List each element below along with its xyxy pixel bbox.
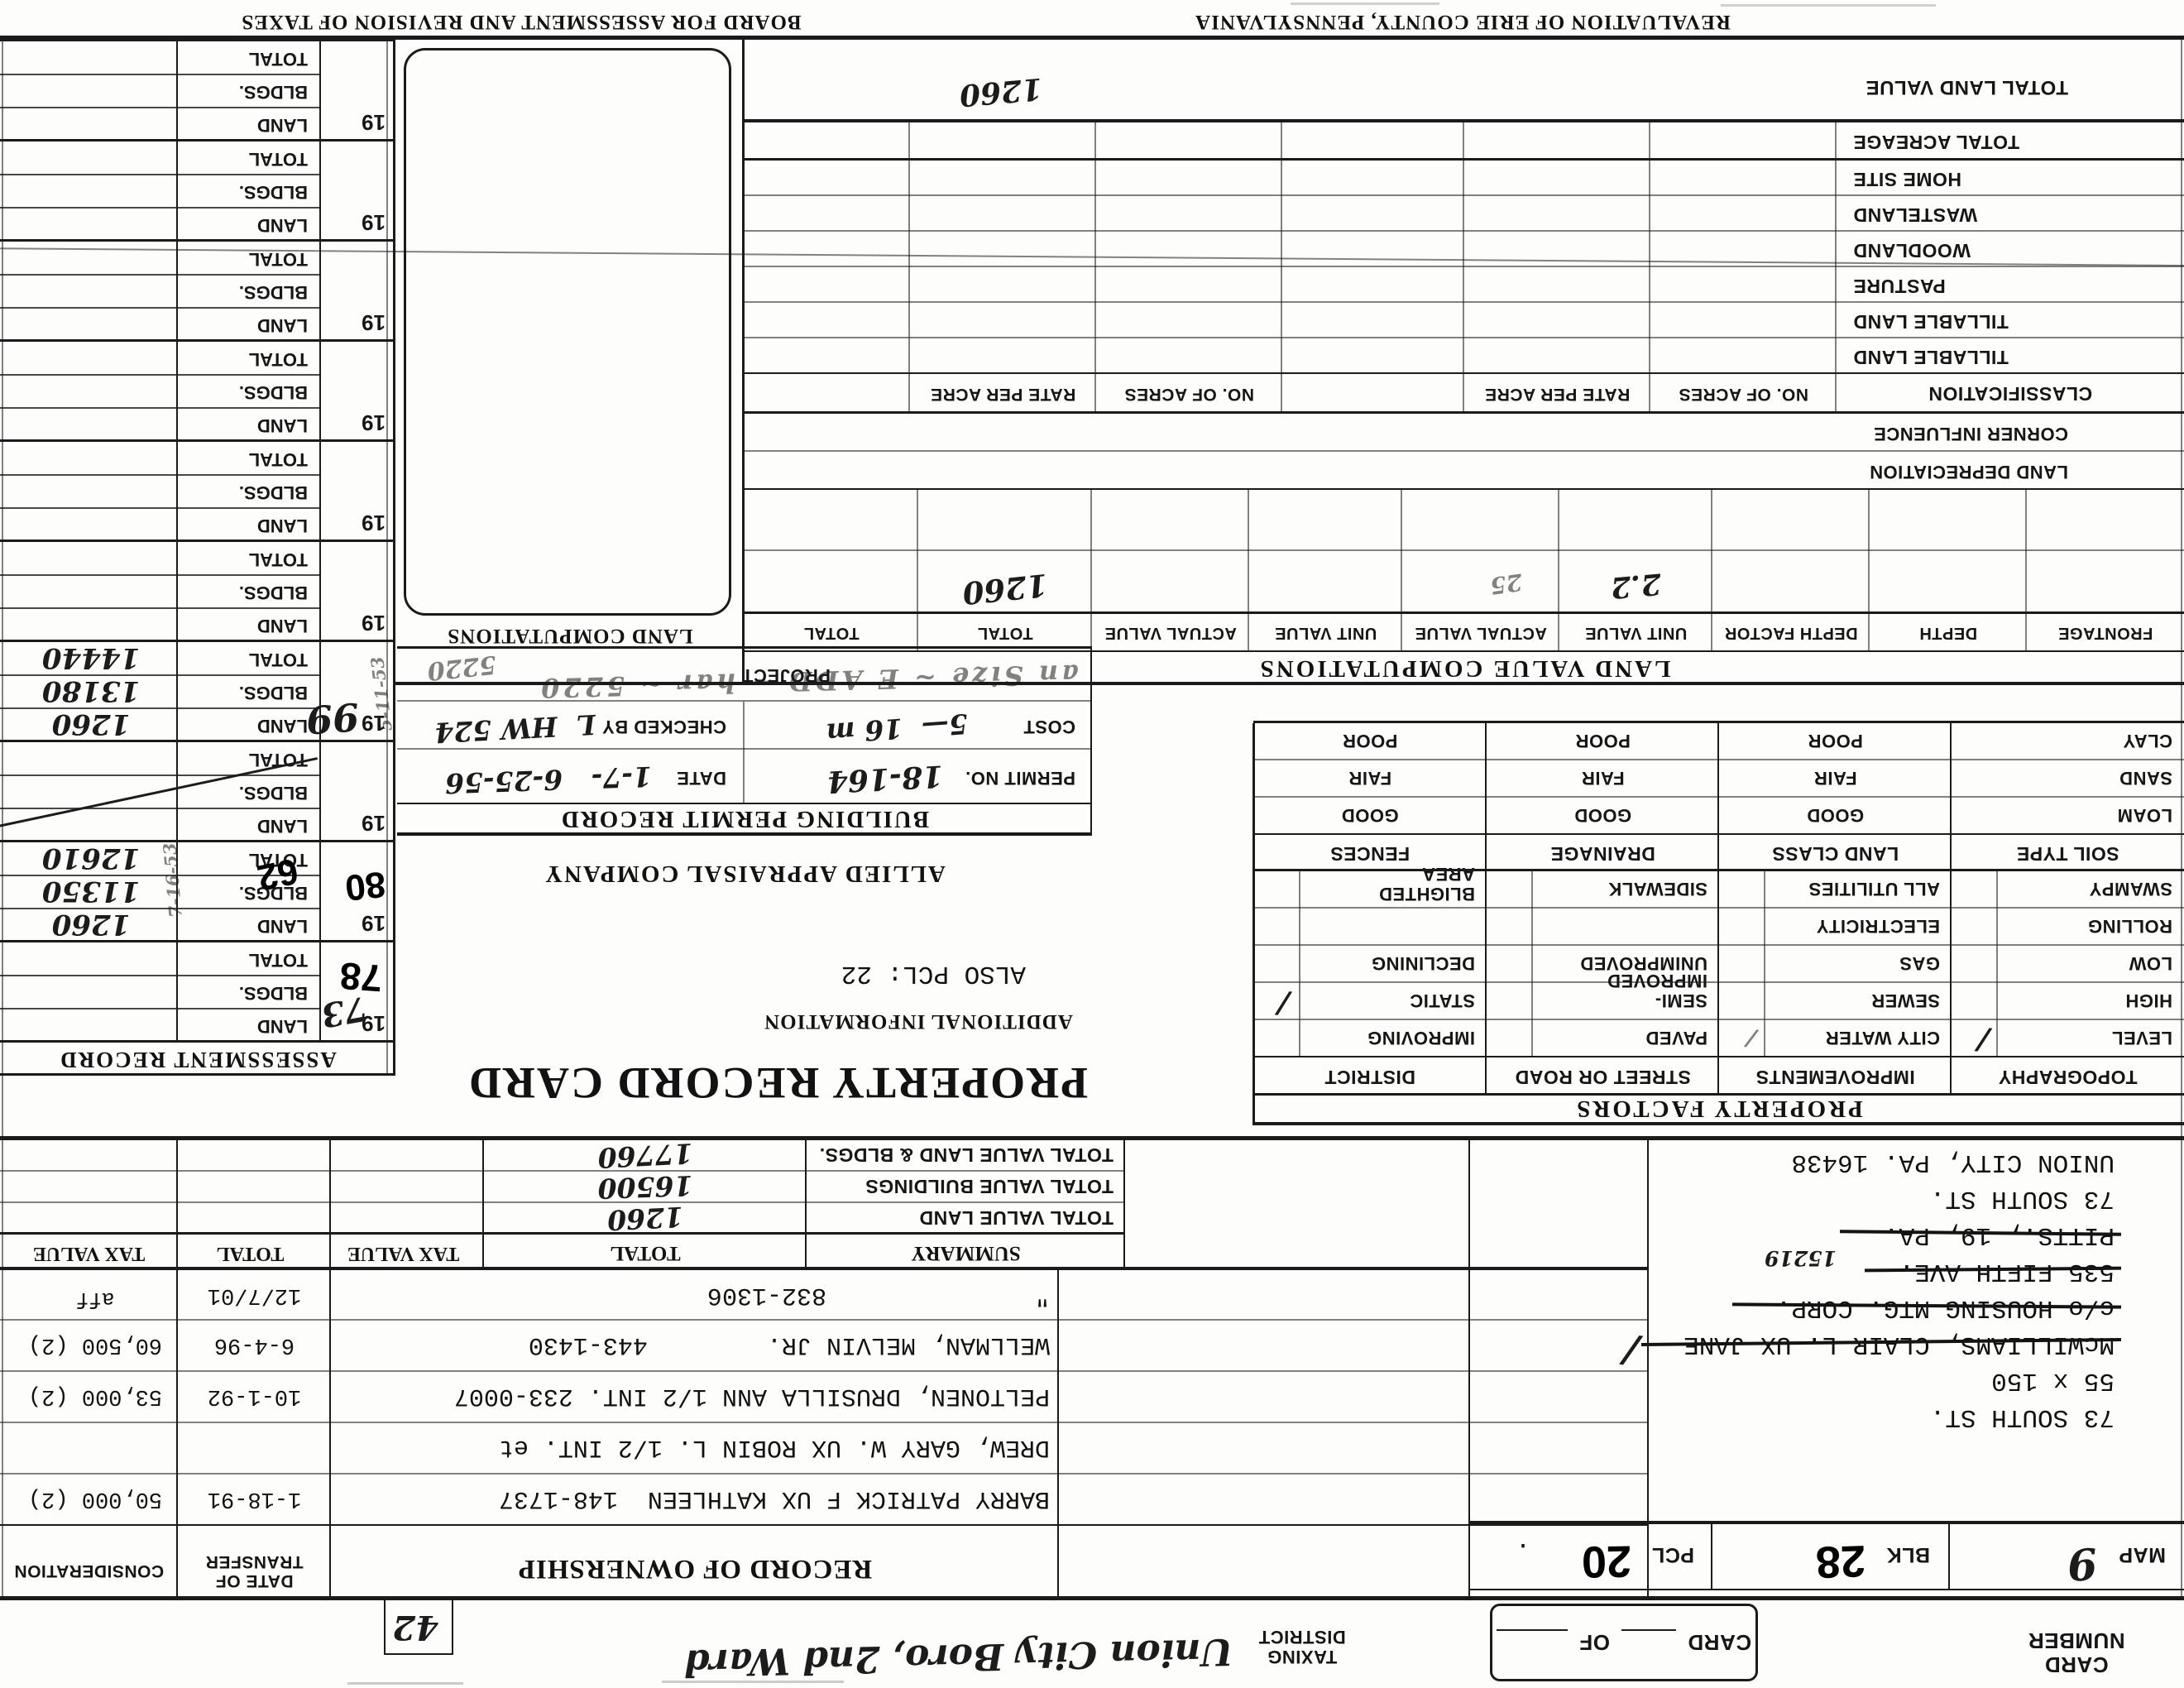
assess-total-label: TOTAL: [184, 743, 308, 776]
assess-total-value-handwritten: 14440: [8, 641, 174, 674]
divider: [2, 36, 3, 1600]
pf-header-land-class: LAND CLASS: [1719, 843, 1952, 864]
pf-cell: SIDEWALK: [1608, 879, 1707, 899]
lvc-header: DEPTH: [1870, 624, 2027, 642]
divider: [397, 748, 1092, 750]
ownership-title: RECORD OF OWNERSHIP: [331, 1553, 1059, 1584]
zip-handwritten: 15219: [1765, 1246, 1837, 1270]
divider: [745, 411, 2184, 414]
footer-revaluation: REVALUATION OF ERIE COUNTY, PENNSYLVANIA: [1173, 10, 1752, 33]
divider: [347, 1682, 463, 1685]
pcl-value-stamp: 20: [1581, 1535, 1631, 1587]
divider: [1485, 723, 1487, 1096]
pf-check-static: ∕: [1276, 986, 1291, 1022]
blk-value-stamp: 28: [1815, 1535, 1866, 1588]
additional-information-title: ADDITIONAL INFORMATION: [670, 1009, 1166, 1033]
pf-cell: CLAY: [2123, 731, 2172, 750]
address-line-3: 73 SOUTH ST.: [1930, 1183, 2115, 1213]
address-line-4: UNION CITY, PA. 16438: [1791, 1147, 2115, 1177]
divider: [0, 174, 321, 175]
pf-cell: PAVED: [1645, 1028, 1707, 1048]
assess-total-label: TOTAL: [184, 543, 308, 576]
divider: [0, 1170, 1125, 1172]
pf-check-city-water: ∕: [1745, 1024, 1758, 1053]
pf-cell: CITY WATER: [1825, 1028, 1940, 1048]
building-permit-title: BUILDING PERMIT RECORD: [397, 805, 1092, 832]
assess-bldgs-label: BLDGS.: [184, 676, 308, 709]
divider: [397, 832, 1092, 836]
map-value-handwritten: 9: [2066, 1537, 2099, 1590]
summary-title: SUMMARY: [807, 1241, 1125, 1264]
no-of-acres-header: NO. OF ACRES: [1650, 385, 1837, 404]
land-computations-scribble: 5220: [426, 650, 498, 686]
assessment-group: 19 LAND BLDGS. TOTAL: [0, 39, 395, 141]
pf-header-district: DISTRICT: [1253, 1067, 1487, 1087]
farm-row-label: TILLABLE LAND: [1853, 347, 2184, 367]
divider: [386, 40, 388, 1076]
divider: [1057, 1269, 1059, 1600]
divider: [1764, 871, 1765, 1057]
farm-row-label: TILLABLE LAND: [1853, 311, 2184, 332]
classification-header: CLASSIFICATION: [1837, 383, 2184, 404]
pf-header-drainage: DRAINAGE: [1487, 843, 1719, 864]
permit-cost-value-handwritten: 5— 16 m: [826, 707, 970, 750]
pf-cell: SWAMPY: [2089, 879, 2172, 899]
year-label: 19: [362, 209, 386, 235]
divider: [1401, 490, 1402, 652]
owner-row-name: DREW, GARY W. UX ROBIN L. 1/2 INT. et: [499, 1433, 1050, 1462]
total-land-value-label: TOTAL LAND VALUE: [1865, 76, 2068, 98]
permit-no-value-handwritten: 18-164: [826, 758, 944, 798]
divider: [1647, 1137, 1649, 1600]
assess-bldgs-label: BLDGS.: [184, 175, 308, 209]
pf-header-improvements: IMPROVEMENTS: [1719, 1067, 1952, 1087]
divider: [0, 1008, 321, 1009]
year-stamp: 78: [338, 953, 384, 1000]
divider: [745, 301, 2184, 303]
checked-by-label: CHECKED BY: [602, 717, 726, 736]
year-label: 19: [362, 510, 386, 535]
assess-total-label: TOTAL: [184, 142, 308, 175]
assessment-group: 19 LAND BLDGS. TOTAL: [0, 339, 395, 442]
divider: [482, 1138, 484, 1270]
divider: [1252, 723, 1255, 1125]
assess-land-label: LAND: [184, 1009, 308, 1043]
corner-number-value: 42: [392, 1608, 438, 1647]
divider: [0, 1201, 1125, 1203]
lvc-header: ACTUAL VALUE: [1402, 624, 1559, 642]
assess-land-label: LAND: [184, 609, 308, 642]
checked-by-value-handwritten: L HW 524: [433, 708, 596, 749]
taxing-line1: TAXING: [1267, 1647, 1337, 1667]
divider: [0, 1422, 1649, 1423]
date-col-line2: TRANSFER: [205, 1552, 303, 1571]
year-label: 19: [362, 309, 386, 335]
land-value-computations-title: LAND VALUE COMPUTATIONS: [1051, 655, 1878, 682]
card-number-line1: CARD: [2044, 1652, 2108, 1677]
divider: [745, 450, 2184, 452]
divider: [0, 374, 321, 376]
project-value-handwritten: an Size ~ E ADD ~ har ~ 5220: [538, 658, 1080, 703]
pf-header-soil-type: SOIL TYPE: [1952, 843, 2184, 864]
assessment-group: 19 LAND BLDGS. TOTAL: [0, 239, 395, 342]
summary-total-header: TOTAL: [484, 1241, 807, 1264]
divider: [745, 611, 2184, 614]
assessment-group: 19 LAND BLDGS. TOTAL 80 62 1260 11350 12…: [0, 840, 395, 942]
divider: [176, 1137, 178, 1600]
divider: [917, 490, 918, 652]
pf-cell: GOOD: [1253, 805, 1487, 825]
property-record-card: CARD NUMBER CARD OF TAXING DISTRICT Unio…: [0, 0, 2184, 1688]
farm-row-label: TOTAL ACREAGE: [1853, 132, 2184, 152]
divider: [1291, 2, 1439, 5]
divider: [1299, 871, 1300, 1057]
assess-land-value-handwritten: 1260: [8, 908, 174, 941]
pf-header-topography: TOPOGRAPHY: [1952, 1067, 2184, 1087]
year-handwritten: 99: [304, 694, 361, 742]
lvc-header: UNIT VALUE: [1559, 624, 1712, 642]
no-of-acres-header: NO. OF ACRES: [1096, 385, 1282, 404]
divider: [0, 407, 321, 409]
pf-cell: ROLLING: [2088, 916, 2173, 936]
assess-bldgs-value-handwritten: 11350: [8, 875, 174, 908]
pcl-label: PCL: [1652, 1543, 1695, 1566]
divider: [0, 1040, 395, 1043]
land-computations-title: LAND COMPUTATIONS: [395, 624, 745, 647]
pf-cell: FAIR: [1719, 768, 1952, 788]
divider: [1090, 649, 1092, 836]
owner-row-name: WELLMAN, MELVIN JR. 443-1430: [529, 1331, 1050, 1360]
divider: [745, 549, 2184, 551]
divider: [0, 274, 321, 276]
assessment-group: 19 99 LAND BLDGS. TOTAL 1260 13180 14440: [0, 640, 395, 742]
divider: [1649, 122, 1650, 414]
assess-total-label: TOTAL: [184, 643, 308, 676]
total-land-value-handwritten: 1260: [958, 71, 1043, 113]
divider: [0, 74, 321, 75]
owner-row-consideration: 50,000 (2): [4, 1485, 186, 1511]
divider: [0, 1596, 2184, 1600]
divider: [745, 372, 2184, 374]
summary-taxvalue-header: TAX VALUE: [323, 1242, 484, 1264]
owner-row-name: PELTONEN, DRUSILLA ANN 1/2 INT. 233-0007: [454, 1382, 1050, 1411]
year-label: 19: [362, 109, 386, 135]
owner-row-name: " 832-1306: [707, 1281, 1050, 1310]
pf-cell: ALL UTILITIES: [1808, 879, 1940, 899]
address-line-1: 73 SOUTH ST.: [1930, 1402, 2115, 1431]
divider: [0, 507, 321, 509]
pf-cell: UNIMPROVED: [1580, 953, 1707, 973]
assess-land-label: LAND: [184, 809, 308, 842]
divider: [1094, 122, 1096, 414]
card-of-of-label: OF: [1579, 1631, 1610, 1655]
pf-cell: HIGH: [2125, 990, 2172, 1010]
divider: [0, 1473, 1649, 1475]
divider: [1531, 871, 1533, 1057]
assessment-group: 19 LAND BLDGS. TOTAL 73 78: [0, 940, 395, 1043]
owner-row-date: 10-1-92: [178, 1383, 331, 1408]
map-label: MAP: [2119, 1543, 2166, 1566]
divider: [805, 1138, 807, 1270]
assess-total-label: TOTAL: [184, 343, 308, 376]
pf-cell: SEWER: [1871, 990, 1940, 1010]
divider: [745, 650, 2184, 652]
card-number-line2: NUMBER: [2028, 1628, 2124, 1653]
divider: [329, 1137, 331, 1600]
divider: [319, 41, 321, 1043]
assessment-record-title: ASSESSMENT RECORD: [0, 1047, 395, 1072]
pf-cell: GAS: [1899, 953, 1940, 973]
pf-cell: GOOD: [1487, 805, 1719, 825]
pf-cell: GOOD: [1719, 805, 1952, 825]
permit-date-label: DATE: [677, 768, 726, 788]
pcl-period: .: [1516, 1536, 1530, 1565]
owner-row-date: 1-18-91: [178, 1485, 331, 1511]
pf-cell: POOR: [1253, 731, 1487, 750]
divider: [1950, 723, 1952, 1096]
year-label: 19: [362, 910, 386, 936]
pf-cell: SAND: [2119, 768, 2172, 788]
divider: [0, 1267, 1649, 1270]
assess-land-label: LAND: [184, 108, 308, 141]
farm-row-label: PASTURE: [1853, 276, 2184, 296]
lvc-total-handwritten: 1260: [917, 562, 1093, 616]
assess-total-label: TOTAL: [184, 443, 308, 476]
divider: [0, 808, 321, 809]
divider: [745, 230, 2184, 232]
divider: [0, 1073, 395, 1076]
divider: [0, 607, 321, 609]
divider: [1996, 871, 1998, 1057]
pf-cell: POOR: [1487, 731, 1719, 750]
year-label: 19: [362, 810, 386, 836]
also-pcl-note: ALSO PCL: 22: [841, 958, 1026, 988]
date-col-line1: DATE OF: [215, 1571, 293, 1590]
divider: [1281, 122, 1282, 414]
divider: [745, 119, 2184, 122]
farm-row-label: WASTELAND: [1853, 204, 2184, 225]
assess-land-label: LAND: [184, 909, 308, 942]
divider: [1868, 490, 1870, 652]
divider: [743, 702, 745, 804]
divider: [745, 337, 2184, 338]
pf-cell: LOW: [2129, 953, 2172, 973]
pf-cell: IMPROVING: [1367, 1028, 1475, 1048]
pf-header-fences: FENCES: [1253, 843, 1487, 864]
owner-row-date: 6-4-96: [178, 1331, 331, 1357]
assess-land-label: LAND: [184, 309, 308, 342]
pf-cell: FAIR: [1253, 768, 1487, 788]
card-of-card-label: CARD: [1688, 1631, 1751, 1655]
divider: [1253, 1122, 2184, 1125]
divider: [1711, 1521, 1712, 1590]
divider: [0, 574, 321, 576]
card-of-box: CARD OF: [1490, 1604, 1758, 1681]
assess-bldgs-label: BLDGS.: [184, 276, 308, 309]
rate-per-acre-header: RATE PER ACRE: [910, 385, 1096, 404]
divider: [0, 1370, 1649, 1372]
permit-no-label: PERMIT NO.: [965, 768, 1075, 788]
summary-taxvalue2-header: TAX VALUE: [0, 1242, 178, 1264]
card-of-blank-1: [1621, 1629, 1676, 1656]
land-computations-box: [404, 48, 731, 616]
year-label: 19: [362, 410, 386, 435]
divider: [176, 41, 178, 1043]
assessment-group: 19 LAND BLDGS. TOTAL: [0, 139, 395, 242]
page-title: PROPERTY RECORD CARD: [405, 1057, 1150, 1109]
pf-cell: FAIR: [1487, 768, 1719, 788]
divider: [0, 975, 321, 976]
divider: [2181, 36, 2182, 1600]
appraisal-company: ALLIED APPRAISAL COMPANY: [397, 860, 1092, 887]
divider: [0, 1319, 1649, 1321]
divider: [745, 158, 2184, 161]
divider: [0, 107, 321, 108]
date-of-transfer-header: DATE OF TRANSFER: [178, 1552, 331, 1590]
handwritten-check-mark: ∕: [1621, 1328, 1641, 1374]
land-depreciation-label: LAND DEPRECIATION: [1870, 462, 2068, 482]
card-number-label: CARD NUMBER: [2010, 1629, 2143, 1676]
footer-board: BOARD FOR ASSESSMENT AND REVISION OF TAX…: [182, 10, 860, 33]
assessment-group: 19 LAND BLDGS. TOTAL: [0, 439, 395, 542]
divider: [745, 488, 2184, 490]
divider: [0, 474, 321, 476]
corner-influence-label: CORNER INFLUENCE: [1874, 424, 2068, 444]
divider: [393, 40, 395, 1076]
divider: [0, 307, 321, 309]
pf-cell: SEMI-IMPROVED: [1583, 971, 1707, 1010]
divider: [1248, 490, 1249, 652]
assess-land-value-handwritten: 1260: [8, 707, 174, 741]
pf-cell: LEVEL: [2112, 1028, 2172, 1048]
divider: [1711, 490, 1712, 652]
assess-land-label: LAND: [184, 209, 308, 242]
summary-row-label: TOTAL VALUE LAND & BLDGS.: [819, 1144, 1114, 1165]
taxing-district-label: TAXING DISTRICT: [1244, 1627, 1360, 1666]
divider: [1948, 1521, 1950, 1590]
assess-bldgs-value-handwritten: 13180: [8, 674, 174, 707]
year-stamp: 62: [253, 849, 301, 898]
divider: [397, 700, 1092, 702]
summary-total2-header: TOTAL: [178, 1242, 323, 1264]
divider: [0, 774, 321, 776]
divider: [1463, 122, 1464, 414]
taxing-line2: DISTRICT: [1258, 1627, 1345, 1647]
consideration-header: CONSIDERATION: [0, 1561, 178, 1580]
divider: [397, 646, 1092, 649]
assess-total-label: TOTAL: [184, 242, 308, 276]
farm-row-label: WOODLAND: [1853, 240, 2184, 261]
divider: [1558, 490, 1559, 652]
divider: [1123, 1138, 1125, 1270]
pf-cell: DECLINING: [1372, 953, 1476, 973]
lvc-header: DEPTH FACTOR: [1712, 624, 1870, 642]
assess-land-label: LAND: [184, 509, 308, 542]
lvc-header: UNIT VALUE: [1249, 624, 1402, 642]
owner-row-consideration: 60,500 (2): [4, 1331, 186, 1357]
assess-bldgs-label: BLDGS.: [184, 476, 308, 509]
blk-label: BLK: [1886, 1543, 1930, 1566]
divider: [1090, 490, 1092, 652]
divider: [745, 266, 2184, 267]
lot-size: 55 x 150: [1991, 1365, 2115, 1395]
assess-bldgs-label: BLDGS.: [184, 376, 308, 409]
assess-bldgs-label: BLDGS.: [184, 576, 308, 609]
assess-bldgs-label: BLDGS.: [184, 976, 308, 1009]
divider: [662, 1681, 844, 1683]
permit-cost-label: COST: [1023, 717, 1075, 736]
lvc-header: TOTAL: [918, 624, 1092, 642]
pf-cell: ELECTRICITY: [1816, 916, 1940, 936]
property-factors-title: PROPERTY FACTORS: [1253, 1095, 2184, 1122]
farm-row-label: HOME SITE: [1853, 169, 2184, 189]
divider: [0, 1232, 1125, 1235]
lvc-unit-value-handwritten: 2.2: [1559, 562, 1714, 609]
divider: [395, 682, 2184, 685]
assess-land-label: LAND: [184, 709, 308, 742]
summary-row-label: TOTAL VALUE BUILDINGS: [865, 1176, 1114, 1196]
divider: [1717, 723, 1719, 1096]
assess-bldgs-label: BLDGS.: [184, 75, 308, 108]
divider: [0, 36, 2184, 40]
lvc-header: TOTAL: [745, 624, 918, 642]
pf-cell: POOR: [1719, 731, 1952, 750]
lvc-header: ACTUAL VALUE: [1092, 624, 1249, 642]
pf-cell: LOAM: [2117, 805, 2172, 825]
divider: [0, 207, 321, 209]
year-stamp: 80: [343, 863, 388, 909]
pf-check-level: ∕: [1976, 1022, 1990, 1057]
owner-row-consideration: 53,000 (2): [4, 1383, 186, 1408]
owner-row-date: 12/7/01: [178, 1282, 331, 1307]
divider: [1721, 4, 1936, 7]
summary-row-label: TOTAL VALUE LAND: [919, 1207, 1114, 1228]
lvc-header: FRONTAGE: [2027, 624, 2184, 642]
assess-land-label: LAND: [184, 409, 308, 442]
rate-per-acre-header: RATE PER ACRE: [1464, 385, 1650, 404]
taxing-district-value-handwritten: Union City Boro, 2nd Ward: [683, 1630, 1233, 1684]
lvc-actual-value-handwritten: 25: [1488, 568, 1524, 599]
owner-row-consideration: aff: [4, 1286, 186, 1311]
divider: [1468, 1137, 1470, 1600]
year-label: 19: [362, 610, 386, 635]
owner-row-name: BARRY PATRICK F UX KATHLEEN 148-1737: [499, 1484, 1050, 1513]
divider: [0, 1136, 2184, 1140]
pf-header-street: STREET OR ROAD: [1487, 1067, 1719, 1087]
divider: [397, 803, 1092, 804]
corner-number-box: 42: [384, 1597, 453, 1655]
divider: [908, 122, 910, 414]
divider: [0, 1524, 1649, 1526]
permit-date-value-handwritten: 1-7- 6-25-56: [444, 760, 652, 800]
assess-total-label: TOTAL: [184, 42, 308, 75]
divider: [745, 194, 2184, 196]
assessment-group: 19 LAND BLDGS. TOTAL: [0, 740, 395, 842]
card-of-blank-2: [1497, 1629, 1568, 1656]
divider: [1468, 1589, 2184, 1590]
assessment-group: 19 LAND BLDGS. TOTAL: [0, 539, 395, 642]
divider: [1835, 122, 1837, 414]
assess-total-label: TOTAL: [184, 943, 308, 976]
pf-cell: STATIC: [1410, 990, 1475, 1010]
assess-total-value-handwritten: 12610: [8, 842, 174, 875]
divider: [742, 40, 745, 685]
divider: [2025, 490, 2027, 652]
